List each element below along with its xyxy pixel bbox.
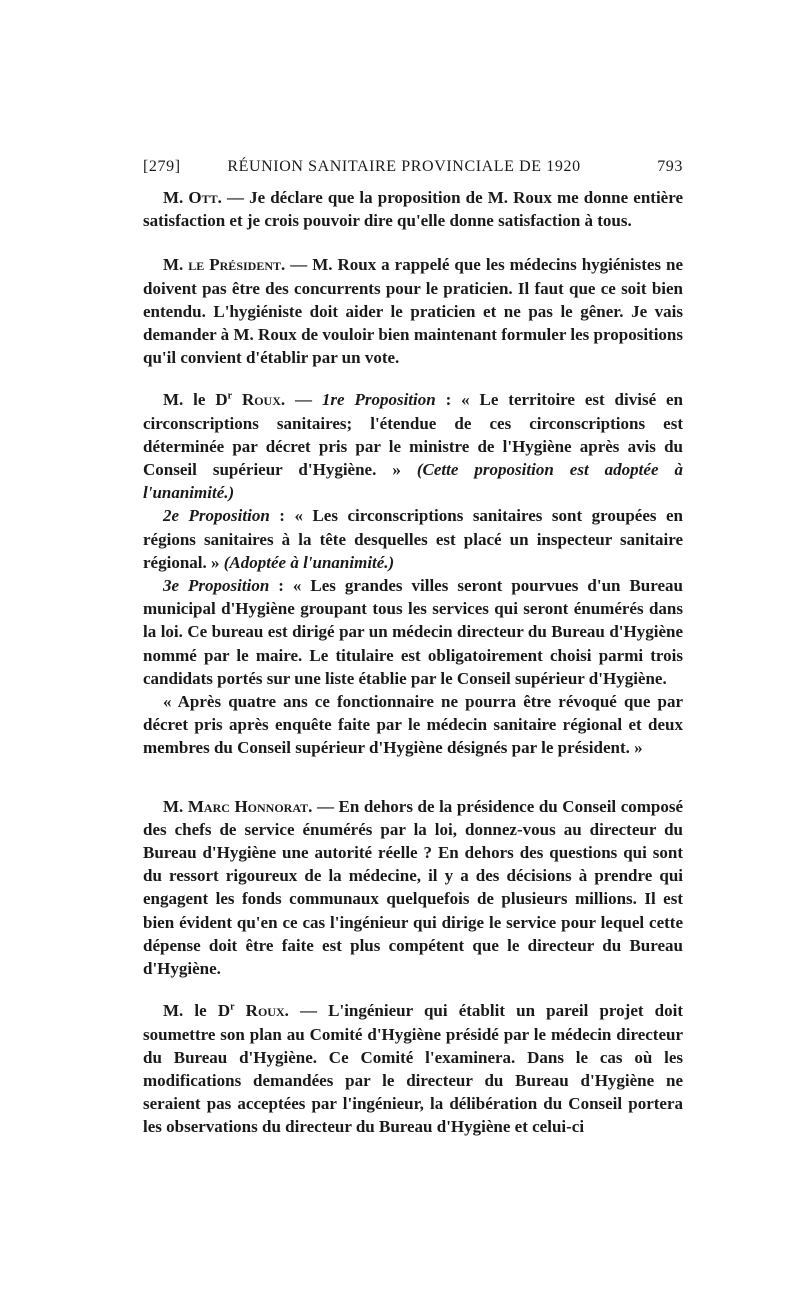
paragraph-proposition-3: 3e Proposition : « Les grandes villes se…	[143, 574, 683, 690]
speaker-name: M. Ott.	[163, 188, 222, 207]
speaker-name: Roux.	[232, 390, 285, 409]
paragraph-roux-response: M. le Dr Roux. — L'ingénieur qui établit…	[143, 999, 683, 1138]
page-number: 793	[643, 158, 683, 176]
paragraph-president: M. le Président. — M. Roux a rappelé que…	[143, 253, 683, 369]
proposition-label: 1re Proposition	[322, 390, 436, 409]
dash: —	[285, 255, 312, 274]
speaker-name: Roux.	[235, 1001, 289, 1020]
dash: —	[289, 1001, 328, 1020]
running-title: RÉUNION SANITAIRE PROVINCIALE DE 1920	[193, 158, 643, 176]
speaker-prefix: M. le D	[163, 390, 228, 409]
paragraph-roux-proposition-1: M. le Dr Roux. — 1re Proposition : « Le …	[143, 388, 683, 504]
paragraph-ott: M. Ott. — Je déclare que la proposition …	[143, 186, 683, 232]
speaker-prefix: M.	[163, 255, 188, 274]
paragraph-quote-continuation: « Après quatre ans ce fonctionnaire ne p…	[143, 690, 683, 760]
running-header: [279] RÉUNION SANITAIRE PROVINCIALE DE 1…	[143, 158, 683, 182]
vote-note: (Adoptée à l'unanimité.)	[224, 553, 394, 572]
paragraph-text: L'ingénieur qui établit un pareil projet…	[143, 1001, 683, 1136]
paragraph-proposition-2: 2e Proposition : « Les circonscriptions …	[143, 504, 683, 574]
dash: —	[312, 797, 338, 816]
paragraph-text: « Après quatre ans ce fonctionnaire ne p…	[143, 692, 683, 757]
proposition-label: 3e Proposition	[163, 576, 269, 595]
proposition-label: 2e Proposition	[163, 506, 270, 525]
dash: —	[285, 390, 322, 409]
speaker-name: Marc Honnorat.	[188, 797, 313, 816]
speaker-prefix: M. le D	[163, 1001, 230, 1020]
folio-reference: [279]	[143, 158, 193, 176]
dash: —	[222, 188, 249, 207]
paragraph-honnorat: M. Marc Honnorat. — En dehors de la prés…	[143, 795, 683, 981]
speaker-name: le Président.	[188, 255, 285, 274]
document-page: [279] RÉUNION SANITAIRE PROVINCIALE DE 1…	[143, 158, 683, 1139]
paragraph-text: En dehors de la présidence du Conseil co…	[143, 797, 683, 978]
speaker-prefix: M.	[163, 797, 188, 816]
